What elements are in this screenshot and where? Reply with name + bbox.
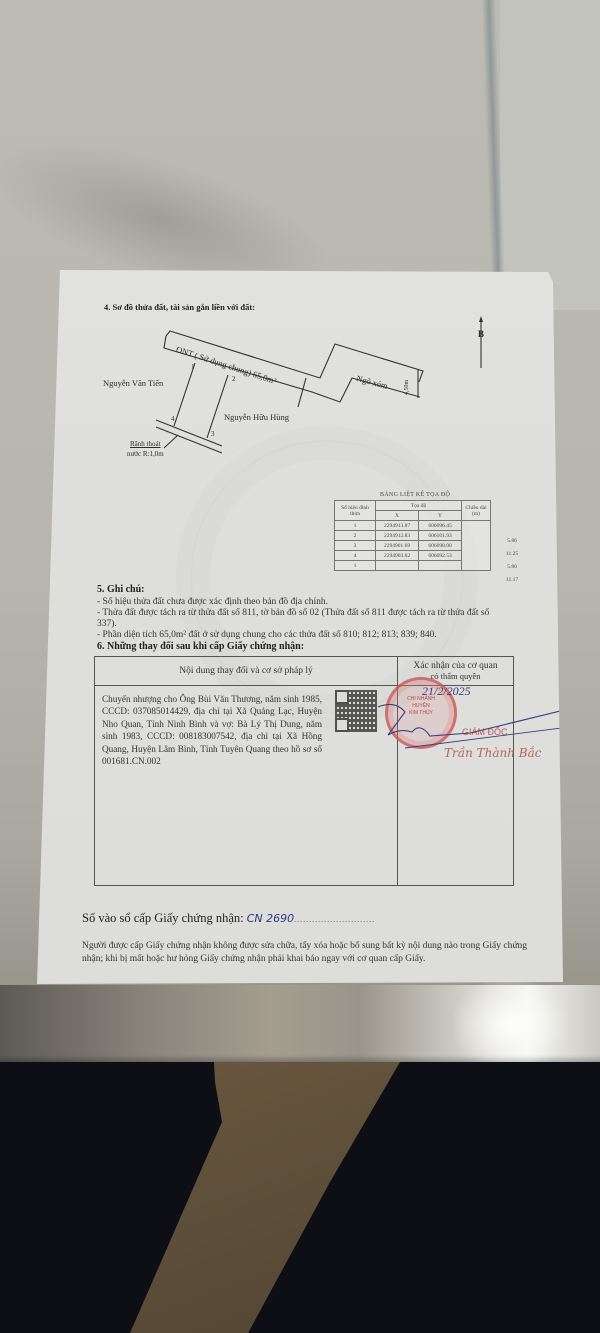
note-line: - Số hiệu thửa đất chưa được xác định th… <box>97 597 328 607</box>
note-line: - Thửa đất được tách ra từ thửa đất số 8… <box>97 608 489 618</box>
vertex-1: 1 <box>191 363 195 371</box>
coord-x: 2294912.83 <box>376 531 419 541</box>
coord-x <box>376 561 419 571</box>
coord-y: 606098.00 <box>419 541 462 551</box>
note-line: - Phần diện tích 65,0m² đất ở sử dụng ch… <box>97 630 437 640</box>
edge-lengths: 5.86 11.25 5.80 11.17 <box>500 535 524 587</box>
north-indicator: B <box>478 329 484 339</box>
coord-y: 606092.53 <box>419 551 462 561</box>
coord-vertex: 3 <box>335 541 376 551</box>
changes-header-content: Nội dung thay đổi và cơ sở pháp lý <box>95 657 398 686</box>
qr-code <box>335 690 377 732</box>
register-value: CN 2690 <box>247 912 294 925</box>
coord-header-vertex: Số hiệu đỉnh thửa <box>335 501 376 521</box>
register-number-row: Số vào sổ cấp Giấy chứng nhận: CN 2690..… <box>82 911 375 926</box>
coord-header-x: X <box>376 511 419 521</box>
background-panel <box>500 0 600 310</box>
coord-y <box>419 561 462 571</box>
coord-table-title: BẢNG LIỆT KÊ TỌA ĐỘ <box>380 492 450 498</box>
alley-width-label: 4,50m <box>404 380 410 395</box>
alley-label: Ngõ xóm <box>355 373 388 391</box>
neighbor-east-label: Nguyễn Hữu Hùng <box>224 412 289 422</box>
edge-length: 5.80 <box>500 561 524 574</box>
legal-warning: Người được cấp Giấy chứng nhận không đượ… <box>82 940 532 966</box>
coord-x: 2294903.62 <box>376 551 419 561</box>
confirm-header-line1: Xác nhận của cơ quan <box>399 661 512 671</box>
section6-heading: 6. Những thay đổi sau khi cấp Giấy chứng… <box>97 641 304 652</box>
coord-row: 1 2294913.87 606096.45 <box>335 521 491 531</box>
coord-header-system: Tọa độ <box>376 501 462 511</box>
change-entry-text: Chuyển nhượng cho Ông Bùi Văn Thương, nă… <box>96 687 328 767</box>
coord-vertex: 2 <box>335 531 376 541</box>
coord-header-length: Chiều dài (m) <box>462 501 491 521</box>
vertex-3: 3 <box>211 430 215 438</box>
coord-y: 606096.45 <box>419 521 462 531</box>
light-glare <box>450 975 570 1075</box>
edge-length: 5.86 <box>500 535 524 548</box>
vertex-4: 4 <box>171 415 175 423</box>
section4-heading: 4. Sơ đồ thửa đất, tài sản gắn liền với … <box>104 302 255 312</box>
drain-label-line2: nước R:1,0m <box>127 450 164 458</box>
coordinate-table: Số hiệu đỉnh thửa Tọa độ Chiều dài (m) X… <box>334 500 491 571</box>
register-dots: ........................... <box>294 915 375 924</box>
coord-x: 2294901.69 <box>376 541 419 551</box>
neighbor-west-label: Nguyễn Văn Tiến <box>103 378 163 388</box>
coord-x: 2294913.87 <box>376 521 419 531</box>
signer-title: GIÁM ĐỐC <box>462 727 508 737</box>
coord-y: 606101.93 <box>419 531 462 541</box>
note-line: 337). <box>97 619 117 629</box>
confirmation-date: 21/2/2025 <box>422 684 471 699</box>
edge-length: 11.25 <box>500 548 524 561</box>
seal-text: KIM THỦY <box>402 710 440 717</box>
coord-vertex: 1 <box>335 521 376 531</box>
vertex-2: 2 <box>232 375 236 383</box>
coord-length-cell <box>462 521 491 571</box>
seal-text: HUYỆN <box>402 703 440 710</box>
section5-heading: 5. Ghi chú: <box>97 584 145 595</box>
coord-vertex: 4 <box>335 551 376 561</box>
shared-area-label: ONT ( Sử dụng chung) 65,0m² <box>175 344 278 386</box>
coord-vertex: 1 <box>335 561 376 571</box>
edge-length: 11.17 <box>500 574 524 587</box>
drain-label-line1: Rãnh thoát <box>130 440 161 448</box>
register-label: Số vào sổ cấp Giấy chứng nhận: <box>82 911 244 925</box>
coord-header-y: Y <box>419 511 462 521</box>
signer-name: Trần Thành Bắc <box>444 746 542 760</box>
